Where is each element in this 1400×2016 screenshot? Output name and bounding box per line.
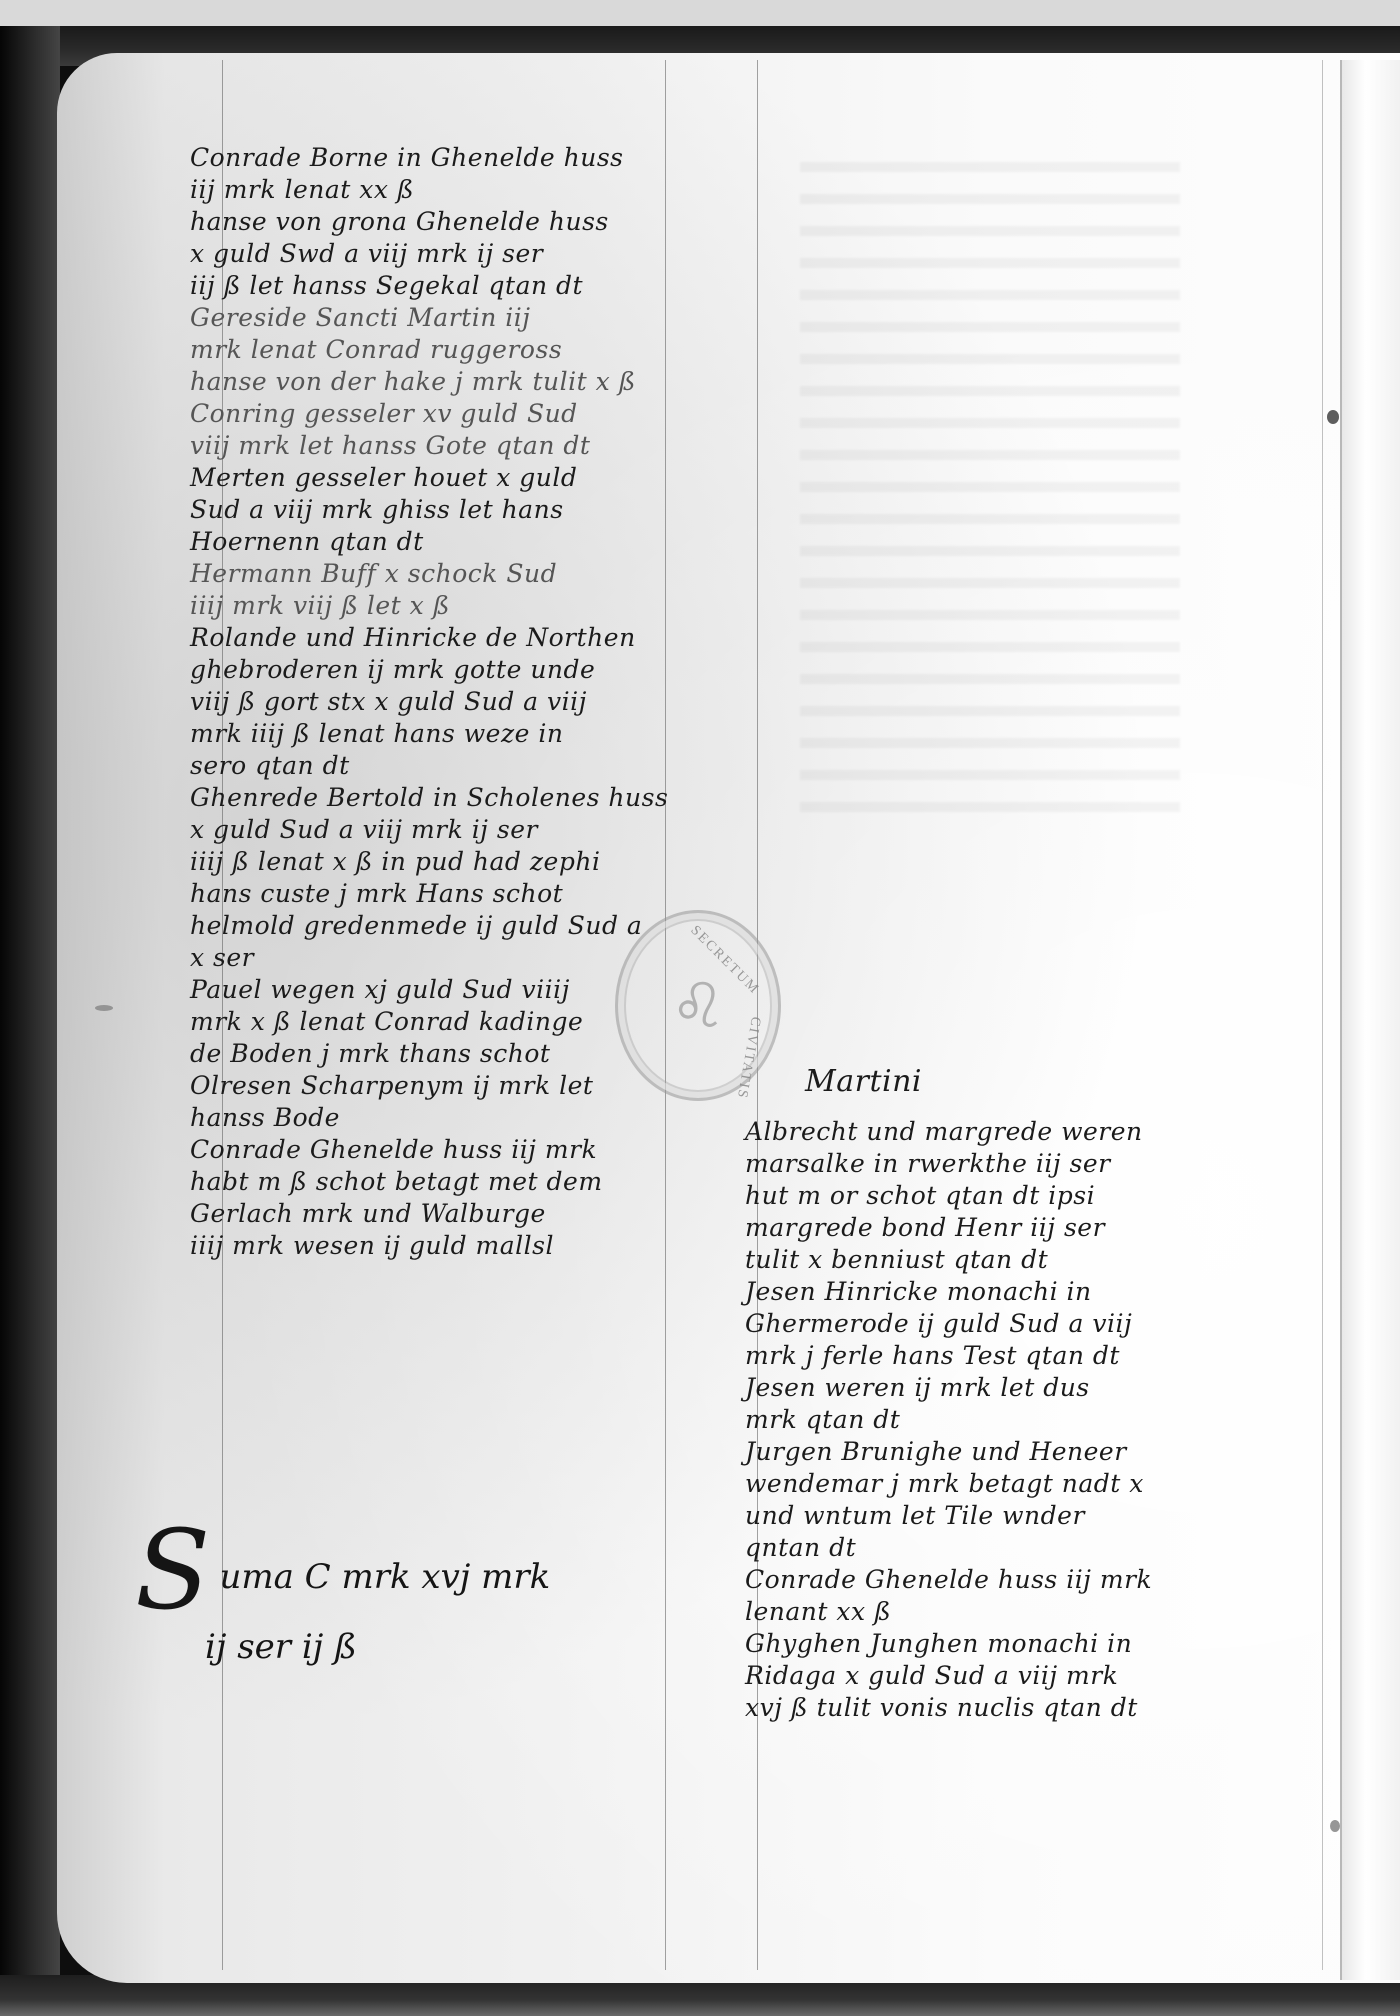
text-line: Jesen weren ij mrk let dus xyxy=(745,1372,1285,1404)
text-line: Conring gesseler xv guld Sud xyxy=(190,398,730,430)
text-line: sero qtan dt xyxy=(190,750,730,782)
lion-icon: ♌ xyxy=(658,968,738,1043)
ruling-line-right-margin xyxy=(1322,60,1323,1970)
text-line: iij ß let hanss Segekal qtan dt xyxy=(190,270,730,302)
text-line: viij ß gort stx x guld Sud a viij xyxy=(190,686,730,718)
text-line: Gerlach mrk und Walburge xyxy=(190,1198,730,1230)
text-line: iij mrk lenat xx ß xyxy=(190,174,730,206)
text-line: margrede bond Henr iij ser xyxy=(745,1212,1285,1244)
text-line: mrk j ferle hans Test qtan dt xyxy=(745,1340,1285,1372)
text-line: hut m or schot qtan dt ipsi xyxy=(745,1180,1285,1212)
text-line: mrk qtan dt xyxy=(745,1404,1285,1436)
text-line: mrk lenat Conrad ruggeross xyxy=(190,334,730,366)
text-line: iiij mrk viij ß let x ß xyxy=(190,590,730,622)
text-line: tulit x benniust qtan dt xyxy=(745,1244,1285,1276)
section-heading-martini: Martini xyxy=(805,1062,1285,1102)
text-line: Gereside Sancti Martin iij xyxy=(190,302,730,334)
manuscript-scan: Conrade Borne in Ghenelde huss iij mrk l… xyxy=(0,0,1400,2016)
text-line: Jurgen Brunighe und Heneer xyxy=(745,1436,1285,1468)
text-line: hanse von grona Ghenelde huss xyxy=(190,206,730,238)
text-line: Hermann Buff x schock Sud xyxy=(190,558,730,590)
text-line: Albrecht und margrede weren xyxy=(745,1116,1285,1148)
summa-line-2: ij ser ij ß xyxy=(205,1627,357,1667)
text-line: Merten gesseler houet x guld xyxy=(190,462,730,494)
right-column-text: Martini Albrecht und margrede weren mars… xyxy=(745,1062,1285,1724)
stain xyxy=(95,1005,113,1011)
text-line: Conrade Ghenelde huss iij mrk xyxy=(190,1134,730,1166)
text-line: viij mrk let hanss Gote qtan dt xyxy=(190,430,730,462)
text-line: wendemar j mrk betagt nadt x xyxy=(745,1468,1285,1500)
text-line: hanse von der hake j mrk tulit x ß xyxy=(190,366,730,398)
text-line: Conrade Ghenelde huss iij mrk xyxy=(745,1564,1285,1596)
summa-initial: S xyxy=(135,1515,210,1625)
text-line: hanss Bode xyxy=(190,1102,730,1134)
text-line: Sud a viij mrk ghiss let hans xyxy=(190,494,730,526)
text-line: x guld Swd a viij mrk ij ser xyxy=(190,238,730,270)
text-line: Ghermerode ij guld Sud a viij xyxy=(745,1308,1285,1340)
text-line: mrk iiij ß lenat hans weze in xyxy=(190,718,730,750)
scanner-top-strip xyxy=(0,0,1400,26)
text-line: xvj ß tulit vonis nuclis qtan dt xyxy=(745,1692,1285,1724)
text-line: Jesen Hinricke monachi in xyxy=(745,1276,1285,1308)
text-line: Ridaga x guld Sud a viij mrk xyxy=(745,1660,1285,1692)
text-line: iiij ß lenat x ß in pud had zephi xyxy=(190,846,730,878)
ink-speck xyxy=(1330,1820,1340,1832)
text-line: und wntum let Tile wnder xyxy=(745,1500,1285,1532)
text-line: iiij mrk wesen ij guld mallsl xyxy=(190,1230,730,1262)
text-line: Rolande und Hinricke de Northen xyxy=(190,622,730,654)
text-line: Hoernenn qtan dt xyxy=(190,526,730,558)
book-binding-edge xyxy=(0,26,60,2016)
summa-line-1: uma C mrk xvj mrk xyxy=(219,1557,550,1597)
text-line: Ghyghen Junghen monachi in xyxy=(745,1628,1285,1660)
summa-total: S uma C mrk xvj mrk ij ser ij ß xyxy=(135,1515,550,1625)
text-line: habt m ß schot betagt met dem xyxy=(190,1166,730,1198)
text-line: Conrade Borne in Ghenelde huss xyxy=(190,142,730,174)
text-line: hans custe j mrk Hans schot xyxy=(190,878,730,910)
left-column-text: Conrade Borne in Ghenelde huss iij mrk l… xyxy=(190,142,730,1262)
text-line: lenant xx ß xyxy=(745,1596,1285,1628)
text-line: x guld Sud a viij mrk ij ser xyxy=(190,814,730,846)
ink-speck xyxy=(1327,410,1339,424)
adjacent-leaf-edge xyxy=(1340,60,1400,1980)
text-line: Ghenrede Bertold in Scholenes huss xyxy=(190,782,730,814)
text-line: marsalke in rwerkthe iij ser xyxy=(745,1148,1285,1180)
text-line: ghebroderen ij mrk gotte unde xyxy=(190,654,730,686)
bleed-through-text xyxy=(800,140,1180,820)
text-line: qntan dt xyxy=(745,1532,1285,1564)
